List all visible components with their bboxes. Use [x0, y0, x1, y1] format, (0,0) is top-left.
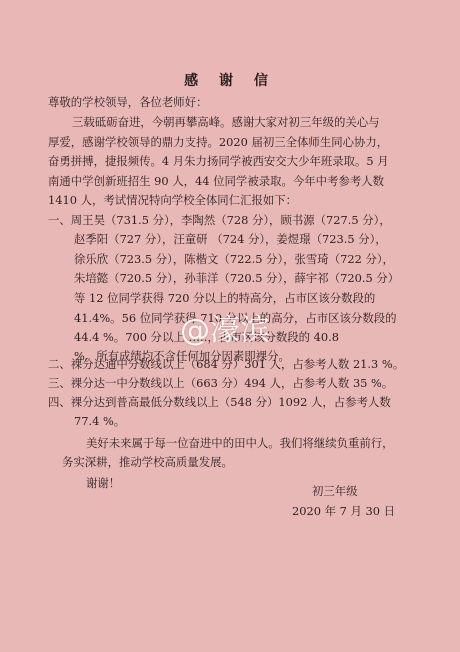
greeting: 尊敬的学校领导，各位老师好：: [48, 93, 207, 113]
intro-line: 南通中学创新班招生 90 人，44 位同学被录取。今年中考参考人数: [48, 172, 384, 192]
signature: 初三年级: [312, 483, 358, 499]
intro-line: 奋勇拼搏，捷报频传。4 月朱力扬同学被西安交大少年班录取。5 月: [48, 152, 389, 172]
closing-line: 美好未来属于每一位奋进中的田中人。我们将继续负重前行，: [86, 434, 394, 454]
item-1-line: 徐乐欣（723.5 分），陈楷文（722.5 分），张雪琦（722 分），: [74, 250, 394, 270]
intro-line: 三载砥砺奋进，今朝再攀高峰。感谢大家对初三年级的关心与: [72, 113, 380, 133]
thanks: 谢谢！: [86, 474, 120, 494]
watermark: @濠滨: [180, 305, 270, 349]
item-4-line: 四、裸分达到普高最低分数线以上（548 分）1092 人，占参考人数: [48, 393, 391, 413]
intro-line: 厚爱，感谢学校领导的鼎力支持。2020 届初三全体师生同心协力，: [48, 133, 388, 153]
date: 2020 年 7 月 30 日: [292, 503, 395, 519]
item-4-line: 77.4 %。: [74, 412, 125, 432]
item-1-line: 朱培懿（720.5 分），孙菲洋（720.5 分），薛宇祁（720.5 分）: [74, 269, 399, 289]
item-1-line: 一、周王昊（731.5 分），李陶然（728 分），顾书源（727.5 分），: [48, 211, 391, 231]
letter-title: 感 谢 信: [0, 70, 460, 90]
item-3: 三、裸分达一中分数线以上（663 分）494 人，占参考人数 35 %。: [48, 374, 393, 394]
letter-page: 感 谢 信 尊敬的学校领导，各位老师好： 三载砥砺奋进，今朝再攀高峰。感谢大家对…: [0, 0, 460, 652]
intro-line: 1410 人，考试情况特向学校全体同仁汇报如下：: [48, 191, 297, 211]
closing-line: 务实深耕，推动学校高质量发展。: [62, 453, 233, 473]
item-2: 二、裸分达通中分数线以上（684 分）301 人，占参考人数 21.3 %。: [48, 355, 404, 375]
item-1-line: 赵季阳（727 分），汪童研 （724 分），姜煜璟（723.5 分），: [74, 230, 387, 250]
